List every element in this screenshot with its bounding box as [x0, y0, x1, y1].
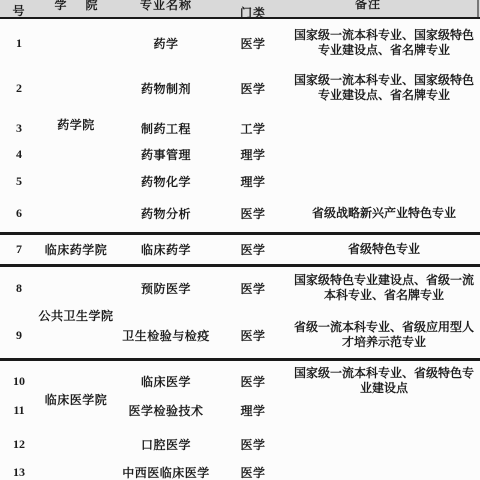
row-college	[38, 172, 114, 190]
row-category: 理学	[218, 145, 288, 163]
row-category: 医学	[218, 71, 288, 105]
row-category: 医学	[218, 240, 288, 258]
row-major: 药物制剂	[114, 71, 218, 105]
table-row: 4 药事管理 理学	[0, 145, 480, 163]
row-no: 7	[0, 240, 38, 258]
row-category: 理学	[218, 172, 288, 190]
row-college	[38, 270, 114, 306]
row-no: 13	[0, 463, 38, 480]
row-remark: 国家级一流本科专业、国家级特色专业建设点、省名牌专业	[288, 26, 480, 60]
row-college	[38, 119, 114, 137]
table-row: 7 临床药学 医学 省级特色专业	[0, 240, 480, 258]
table-row: 10 临床医学 医学 国家级一流本科专业、省级特色专业建设点	[0, 363, 480, 399]
row-no: 2	[0, 71, 38, 105]
group-separator-1	[0, 232, 480, 235]
row-remark	[288, 172, 480, 190]
header-college: 学 院	[38, 0, 114, 13]
row-major: 临床医学	[114, 363, 218, 399]
row-no: 5	[0, 172, 38, 190]
row-no: 11	[0, 401, 38, 419]
row-no: 9	[0, 317, 38, 353]
row-remark: 国家级一流本科专业、国家级特色专业建设点、省名牌专业	[288, 71, 480, 105]
table-row: 12 口腔医学 医学	[0, 435, 480, 453]
row-no: 4	[0, 145, 38, 163]
header-no: 号	[0, 2, 38, 19]
row-remark: 省级一流本科专业、省级应用型人才培养示范专业	[288, 317, 480, 353]
row-remark	[288, 145, 480, 163]
table-row: 13 中西医临床医学 医学	[0, 463, 480, 480]
row-college	[38, 26, 114, 60]
row-college	[38, 435, 114, 453]
row-major: 药物分析	[114, 204, 218, 222]
table-row: 6 药物分析 医学 省级战略新兴产业特色专业	[0, 204, 480, 222]
row-major: 医学检验技术	[114, 401, 218, 419]
row-remark	[288, 401, 480, 419]
row-major: 药学	[114, 26, 218, 60]
table-row: 9 卫生检验与检疫 医学 省级一流本科专业、省级应用型人才培养示范专业	[0, 317, 480, 353]
row-no: 1	[0, 26, 38, 60]
row-category: 工学	[218, 119, 288, 137]
table-header: 号 学 院 专业名称 门类 备注	[0, 0, 480, 19]
row-category: 医学	[218, 435, 288, 453]
table-row: 5 药物化学 理学	[0, 172, 480, 190]
row-no: 3	[0, 119, 38, 137]
row-no: 10	[0, 363, 38, 399]
row-major: 制药工程	[114, 119, 218, 137]
row-college	[38, 401, 114, 419]
row-category: 理学	[218, 401, 288, 419]
header-major: 专业名称	[114, 0, 218, 13]
table-row: 11 医学检验技术 理学	[0, 401, 480, 419]
row-major: 临床药学	[114, 240, 218, 258]
row-category: 医学	[218, 270, 288, 306]
row-college	[38, 71, 114, 105]
row-remark	[288, 119, 480, 137]
table-row: 3 制药工程 工学	[0, 119, 480, 137]
row-category: 医学	[218, 204, 288, 222]
row-college	[38, 363, 114, 399]
row-college	[38, 317, 114, 353]
table-row: 2 药物制剂 医学 国家级一流本科专业、国家级特色专业建设点、省名牌专业	[0, 71, 480, 105]
row-college	[38, 145, 114, 163]
header-remark: 备注	[278, 0, 458, 12]
header-right-edge	[477, 0, 479, 19]
row-major: 口腔医学	[114, 435, 218, 453]
row-college	[38, 204, 114, 222]
row-remark	[288, 463, 480, 480]
row-major: 药事管理	[114, 145, 218, 163]
row-college	[38, 240, 114, 258]
row-remark: 省级战略新兴产业特色专业	[288, 204, 480, 222]
group-separator-2	[0, 264, 480, 267]
row-major: 药物化学	[114, 172, 218, 190]
row-category: 医学	[218, 317, 288, 353]
majors-table-page: 号 学 院 专业名称 门类 备注 药学院 临床药学院 公共卫生学院 临床医学院 …	[0, 0, 480, 480]
row-category: 医学	[218, 363, 288, 399]
row-no: 6	[0, 204, 38, 222]
row-category: 医学	[218, 463, 288, 480]
row-major: 预防医学	[114, 270, 218, 306]
row-remark	[288, 435, 480, 453]
row-category: 医学	[218, 26, 288, 60]
row-no: 8	[0, 270, 38, 306]
group-separator-3	[0, 358, 480, 361]
row-major: 中西医临床医学	[114, 463, 218, 480]
row-remark: 国家级一流本科专业、省级特色专业建设点	[288, 363, 480, 399]
row-remark: 国家级特色专业建设点、省级一流本科专业、省名牌专业	[288, 270, 480, 306]
table-row: 1 药学 医学 国家级一流本科专业、国家级特色专业建设点、省名牌专业	[0, 26, 480, 60]
table-row: 8 预防医学 医学 国家级特色专业建设点、省级一流本科专业、省名牌专业	[0, 270, 480, 306]
row-no: 12	[0, 435, 38, 453]
row-remark: 省级特色专业	[288, 240, 480, 258]
row-major: 卫生检验与检疫	[114, 317, 218, 353]
row-college	[38, 463, 114, 480]
